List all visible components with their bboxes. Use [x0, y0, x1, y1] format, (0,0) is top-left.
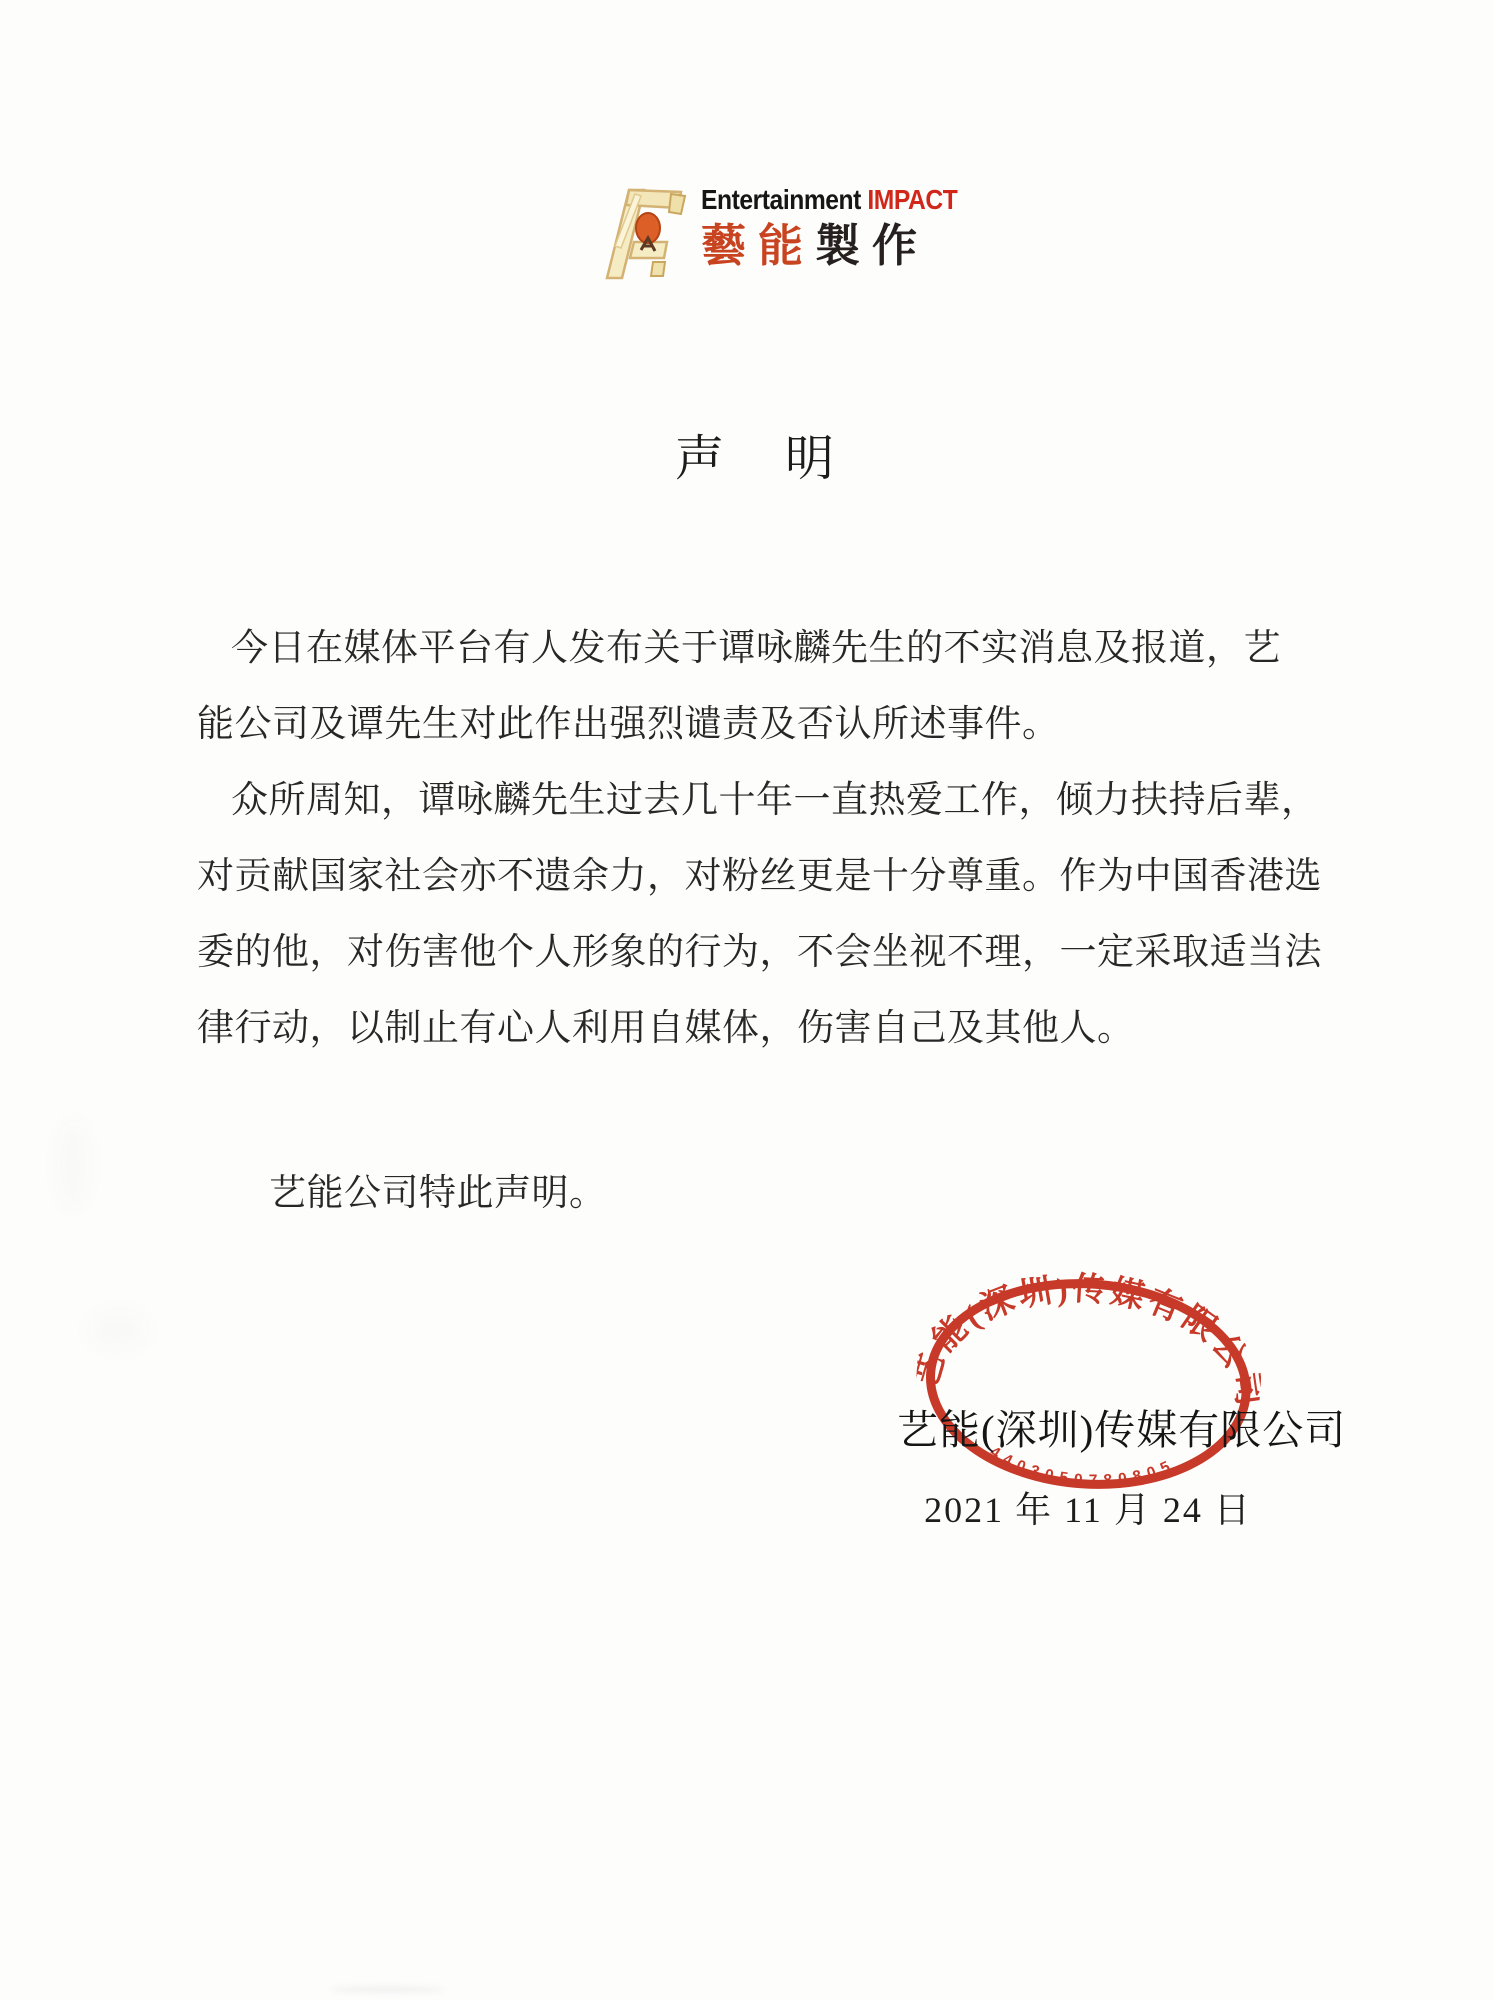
company-logo: Entertainment IMPACT 藝能製作 — [601, 184, 992, 284]
body-paragraph2-line1: 众所周知，谭咏麟先生过去几十年一直热爱工作，倾力扶持后辈， — [197, 779, 1319, 823]
body-closing-line: 艺能公司特此声明。 — [197, 1172, 607, 1216]
logo-chinese-red: 藝能 — [701, 221, 815, 271]
statement-document-page: Entertainment IMPACT 藝能製作 声 明 今日在媒体平台有人发… — [0, 0, 1493, 2000]
body-paragraph2-line4: 律行动，以制止有心人利用自媒体，伤害自己及其他人。 — [197, 1007, 1135, 1051]
logo-chinese-black: 製作 — [815, 221, 929, 271]
scan-smudge — [330, 1986, 445, 1993]
logo-text: Entertainment IMPACT 藝能製作 — [701, 184, 992, 273]
signature-company-name: 艺能(深圳)传媒有限公司 — [897, 1406, 1279, 1454]
document-title: 声 明 — [0, 420, 1493, 490]
body-paragraph1-line1: 今日在媒体平台有人发布关于谭咏麟先生的不实消息及报道，艺 — [197, 627, 1281, 671]
company-seal-stamp: 艺能(深圳)传媒有限公司 4403050780805 — [908, 1254, 1268, 1521]
body-paragraph2-line2: 对贡献国家社会亦不遗余力，对粉丝更是十分尊重。作为中国香港选 — [197, 855, 1322, 899]
signature-date: 2021 年 11 月 24 日 — [897, 1489, 1279, 1531]
svg-text:艺能(深圳)传媒有限公司: 艺能(深圳)传媒有限公司 — [908, 1259, 1268, 1415]
logo-english-line: Entertainment IMPACT — [701, 184, 957, 216]
scan-smudge — [88, 1310, 148, 1350]
logo-chinese-line: 藝能製作 — [701, 219, 992, 273]
scan-smudge — [56, 1120, 90, 1210]
entertainment-impact-logo-icon — [601, 184, 689, 284]
stamp-arc-text: 艺能(深圳)传媒有限公司 — [908, 1259, 1268, 1415]
body-paragraph2-line3: 委的他，对伤害他个人形象的行为，不会坐视不理，一定采取适当法 — [197, 931, 1322, 975]
logo-english-black: Entertainment — [701, 184, 867, 215]
body-paragraph1-line2: 能公司及谭先生对此作出强烈谴责及否认所述事件。 — [197, 703, 1060, 747]
logo-english-red: IMPACT — [867, 184, 957, 215]
